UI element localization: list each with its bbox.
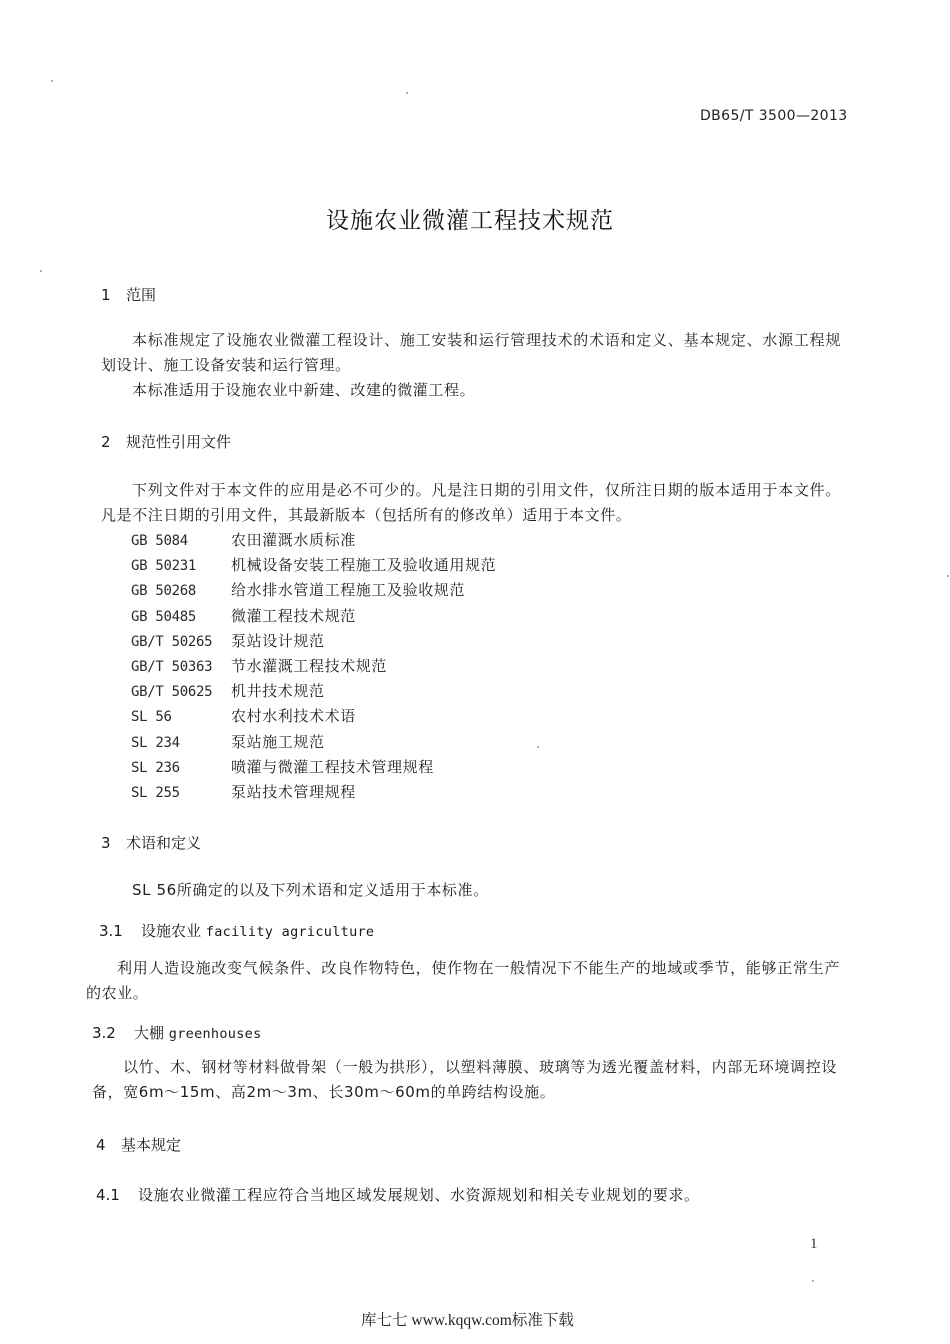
scan-speck [406, 92, 408, 94]
scan-speck [812, 1280, 814, 1282]
reference-item: GB 5084农田灌溉水质标准 [131, 528, 496, 553]
section-number: 4 [96, 1136, 121, 1154]
reference-item: GB/T 50625机井技术规范 [131, 679, 496, 704]
reference-item: GB 50485微灌工程技术规范 [131, 604, 496, 629]
reference-item: GB/T 50265泵站设计规范 [131, 629, 496, 654]
reference-item: SL 236喷灌与微灌工程技术管理规程 [131, 755, 496, 780]
term-3-2-heading: 3.2大棚 greenhouses [92, 1022, 262, 1043]
section-number: 1 [101, 286, 126, 304]
page-number: 1 [810, 1236, 818, 1253]
reference-title: 泵站设计规范 [231, 632, 325, 650]
reference-item: SL 56农村水利技术术语 [131, 704, 496, 729]
reference-title: 机械设备安装工程施工及验收通用规范 [231, 556, 496, 574]
reference-title: 农村水利技术术语 [231, 707, 356, 725]
term-3-1-definition: 利用人造设施改变气候条件、改良作物特色，使作物在一般情况下不能生产的地域或季节，… [86, 956, 840, 1006]
section-title: 术语和定义 [126, 834, 201, 852]
term-en: facility agriculture [206, 924, 375, 940]
section-number: 2 [101, 433, 126, 451]
section-title: 基本规定 [121, 1136, 181, 1154]
scope-paragraph-2: 本标准适用于设施农业中新建、改建的微灌工程。 [101, 378, 841, 403]
footer-watermark: 库七七 www.kqqw.com标准下载 [361, 1308, 574, 1330]
reference-code: GB/T 50625 [131, 680, 231, 705]
section-3-heading: 3术语和定义 [101, 832, 201, 853]
reference-item: GB/T 50363节水灌溉工程技术规范 [131, 654, 496, 679]
reference-title: 喷灌与微灌工程技术管理规程 [231, 758, 434, 776]
reference-code: SL 236 [131, 756, 231, 781]
section-title: 范围 [126, 286, 156, 304]
references-intro: 下列文件对于本文件的应用是必不可少的。凡是注日期的引用文件，仅所注日期的版本适用… [101, 478, 841, 528]
term-cn: 设施农业 [141, 922, 201, 940]
reference-title: 机井技术规范 [231, 682, 325, 700]
reference-code: GB 50268 [131, 579, 231, 604]
reference-code: SL 234 [131, 731, 231, 756]
section-number: 3 [101, 834, 126, 852]
scope-paragraph-1: 本标准规定了设施农业微灌工程设计、施工安装和运行管理技术的术语和定义、基本规定、… [101, 328, 841, 378]
document-page: DB65/T 3500—2013 设施农业微灌工程技术规范 1范围 本标准规定了… [0, 0, 950, 1344]
scan-speck [947, 575, 949, 577]
scan-speck [51, 80, 53, 82]
term-cn: 大棚 [134, 1024, 164, 1042]
reference-title: 农田灌溉水质标准 [231, 531, 356, 549]
term-number: 3.2 [92, 1024, 134, 1042]
section-2-heading: 2规范性引用文件 [101, 431, 231, 452]
reference-title: 泵站技术管理规程 [231, 783, 356, 801]
scan-speck [40, 270, 42, 272]
term-en: greenhouses [169, 1026, 262, 1042]
reference-title: 微灌工程技术规范 [231, 607, 356, 625]
reference-code: SL 56 [131, 705, 231, 730]
section-1-heading: 1范围 [101, 284, 156, 305]
normative-references-list: GB 5084农田灌溉水质标准 GB 50231机械设备安装工程施工及验收通用规… [131, 528, 496, 805]
reference-item: SL 255泵站技术管理规程 [131, 780, 496, 805]
reference-code: SL 255 [131, 781, 231, 806]
section-4-heading: 4基本规定 [96, 1134, 181, 1155]
terms-intro: SL 56所确定的以及下列术语和定义适用于本标准。 [101, 878, 841, 903]
document-title: 设施农业微灌工程技术规范 [0, 202, 940, 235]
reference-title: 泵站施工规范 [231, 733, 325, 751]
term-number: 3.1 [99, 922, 141, 940]
reference-item: GB 50231机械设备安装工程施工及验收通用规范 [131, 553, 496, 578]
reference-item: SL 234泵站施工规范 [131, 730, 496, 755]
term-3-2-definition: 以竹、木、钢材等材料做骨架（一般为拱形），以塑料薄膜、玻璃等为透光覆盖材料，内部… [92, 1055, 837, 1105]
reference-code: GB 5084 [131, 529, 231, 554]
standard-code: DB65/T 3500—2013 [700, 108, 848, 124]
section-title: 规范性引用文件 [126, 433, 231, 451]
reference-code: GB 50231 [131, 554, 231, 579]
term-3-1-heading: 3.1设施农业 facility agriculture [99, 920, 374, 941]
reference-code: GB 50485 [131, 605, 231, 630]
reference-title: 给水排水管道工程施工及验收规范 [231, 581, 465, 599]
clause-number: 4.1 [96, 1186, 138, 1204]
clause-4-1: 4.1设施农业微灌工程应符合当地区域发展规划、水资源规划和相关专业规划的要求。 [96, 1184, 700, 1205]
reference-code: GB/T 50363 [131, 655, 231, 680]
reference-code: GB/T 50265 [131, 630, 231, 655]
scan-speck [537, 746, 539, 748]
reference-item: GB 50268给水排水管道工程施工及验收规范 [131, 578, 496, 603]
clause-text: 设施农业微灌工程应符合当地区域发展规划、水资源规划和相关专业规划的要求。 [138, 1186, 700, 1204]
reference-title: 节水灌溉工程技术规范 [231, 657, 387, 675]
